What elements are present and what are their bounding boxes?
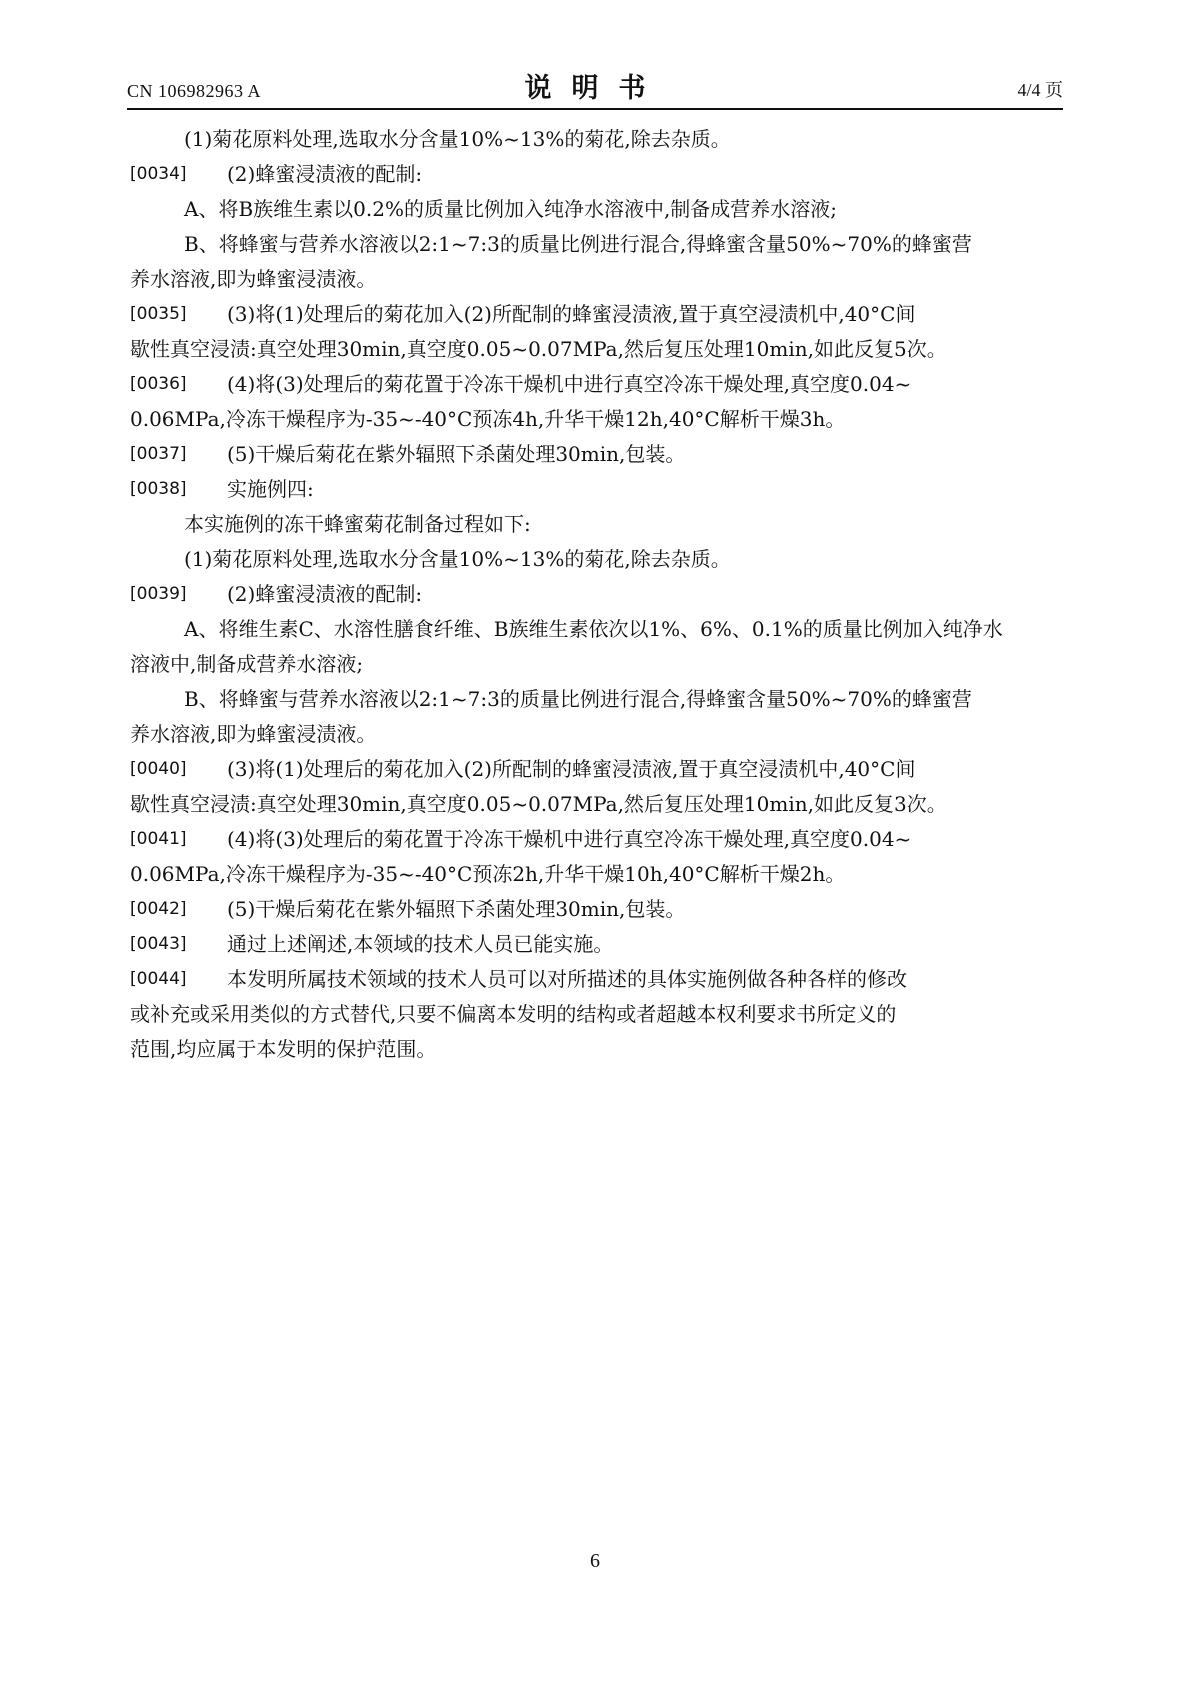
numbered-paragraph-line: [0044]本发明所属技术领域的技术人员可以对所描述的具体实施例做各种各样的修改 — [130, 962, 1063, 997]
line-text: B、将蜂蜜与营养水溶液以2:1~7:3的质量比例进行混合,得蜂蜜含量50%~70… — [130, 227, 1063, 262]
paragraph-number: [0044] — [130, 962, 187, 997]
paragraph-line: A、将维生素C、水溶性膳食纤维、B族维生素依次以1%、6%、0.1%的质量比例加… — [130, 612, 1063, 647]
page-count: 4/4 页 — [1017, 76, 1063, 102]
paragraph-line: A、将B族维生素以0.2%的质量比例加入纯净水溶液中,制备成营养水溶液; — [130, 192, 1063, 227]
paragraph-line: 养水溶液,即为蜂蜜浸渍液。 — [130, 262, 1063, 297]
line-text: (2)蜂蜜浸渍液的配制: — [130, 157, 1063, 192]
paragraph-number: [0034] — [130, 157, 187, 192]
page-number: 6 — [0, 1550, 1190, 1573]
line-text: 本发明所属技术领域的技术人员可以对所描述的具体实施例做各种各样的修改 — [130, 962, 1063, 997]
numbered-paragraph-line: [0036](4)将(3)处理后的菊花置于冷冻干燥机中进行真空冷冻干燥处理,真空… — [130, 367, 1063, 402]
line-text: (5)干燥后菊花在紫外辐照下杀菌处理30min,包装。 — [130, 892, 1063, 927]
line-text: (4)将(3)处理后的菊花置于冷冻干燥机中进行真空冷冻干燥处理,真空度0.04~ — [130, 367, 1063, 402]
paragraph-line: (1)菊花原料处理,选取水分含量10%~13%的菊花,除去杂质。 — [130, 122, 1063, 157]
line-text: 或补充或采用类似的方式替代,只要不偏离本发明的结构或者超越本权利要求书所定义的 — [130, 997, 1063, 1032]
numbered-paragraph-line: [0035](3)将(1)处理后的菊花加入(2)所配制的蜂蜜浸渍液,置于真空浸渍… — [130, 297, 1063, 332]
line-text: (2)蜂蜜浸渍液的配制: — [130, 577, 1063, 612]
paragraph-number: [0037] — [130, 437, 187, 472]
paragraph-line: 歇性真空浸渍:真空处理30min,真空度0.05~0.07MPa,然后复压处理1… — [130, 332, 1063, 367]
paragraph-line: 范围,均应属于本发明的保护范围。 — [130, 1032, 1063, 1067]
paragraph-line: B、将蜂蜜与营养水溶液以2:1~7:3的质量比例进行混合,得蜂蜜含量50%~70… — [130, 227, 1063, 262]
document-title: 说明书 — [127, 66, 1063, 105]
line-text: 0.06MPa,冷冻干燥程序为-35~-40°C预冻2h,升华干燥10h,40°… — [130, 857, 1063, 892]
line-text: (1)菊花原料处理,选取水分含量10%~13%的菊花,除去杂质。 — [130, 542, 1063, 577]
line-text: 0.06MPa,冷冻干燥程序为-35~-40°C预冻4h,升华干燥12h,40°… — [130, 402, 1063, 437]
line-text: 养水溶液,即为蜂蜜浸渍液。 — [130, 262, 1063, 297]
line-text: A、将B族维生素以0.2%的质量比例加入纯净水溶液中,制备成营养水溶液; — [130, 192, 1063, 227]
paragraph-line: B、将蜂蜜与营养水溶液以2:1~7:3的质量比例进行混合,得蜂蜜含量50%~70… — [130, 682, 1063, 717]
paragraph-number: [0043] — [130, 927, 187, 962]
line-text: 溶液中,制备成营养水溶液; — [130, 647, 1063, 682]
header-rule — [127, 108, 1063, 110]
paragraph-number: [0039] — [130, 577, 187, 612]
numbered-paragraph-line: [0037](5)干燥后菊花在紫外辐照下杀菌处理30min,包装。 — [130, 437, 1063, 472]
line-text: 实施例四: — [130, 472, 1063, 507]
paragraph-number: [0035] — [130, 297, 187, 332]
paragraph-number: [0040] — [130, 752, 187, 787]
paragraph-line: 溶液中,制备成营养水溶液; — [130, 647, 1063, 682]
paragraph-line: 0.06MPa,冷冻干燥程序为-35~-40°C预冻2h,升华干燥10h,40°… — [130, 857, 1063, 892]
paragraph-number: [0042] — [130, 892, 187, 927]
line-text: 歇性真空浸渍:真空处理30min,真空度0.05~0.07MPa,然后复压处理1… — [130, 787, 1063, 822]
line-text: 通过上述阐述,本领域的技术人员已能实施。 — [130, 927, 1063, 962]
line-text: (1)菊花原料处理,选取水分含量10%~13%的菊花,除去杂质。 — [130, 122, 1063, 157]
line-text: (4)将(3)处理后的菊花置于冷冻干燥机中进行真空冷冻干燥处理,真空度0.04~ — [130, 822, 1063, 857]
line-text: (5)干燥后菊花在紫外辐照下杀菌处理30min,包装。 — [130, 437, 1063, 472]
paragraph-line: 本实施例的冻干蜂蜜菊花制备过程如下: — [130, 507, 1063, 542]
numbered-paragraph-line: [0040](3)将(1)处理后的菊花加入(2)所配制的蜂蜜浸渍液,置于真空浸渍… — [130, 752, 1063, 787]
paragraph-line: 养水溶液,即为蜂蜜浸渍液。 — [130, 717, 1063, 752]
line-text: 歇性真空浸渍:真空处理30min,真空度0.05~0.07MPa,然后复压处理1… — [130, 332, 1063, 367]
paragraph-line: (1)菊花原料处理,选取水分含量10%~13%的菊花,除去杂质。 — [130, 542, 1063, 577]
paragraph-number: [0038] — [130, 472, 187, 507]
document-body: (1)菊花原料处理,选取水分含量10%~13%的菊花,除去杂质。[0034](2… — [130, 122, 1063, 1067]
paragraph-line: 或补充或采用类似的方式替代,只要不偏离本发明的结构或者超越本权利要求书所定义的 — [130, 997, 1063, 1032]
line-text: 本实施例的冻干蜂蜜菊花制备过程如下: — [130, 507, 1063, 542]
paragraph-line: 0.06MPa,冷冻干燥程序为-35~-40°C预冻4h,升华干燥12h,40°… — [130, 402, 1063, 437]
numbered-paragraph-line: [0038]实施例四: — [130, 472, 1063, 507]
paragraph-number: [0036] — [130, 367, 187, 402]
line-text: B、将蜂蜜与营养水溶液以2:1~7:3的质量比例进行混合,得蜂蜜含量50%~70… — [130, 682, 1063, 717]
paragraph-line: 歇性真空浸渍:真空处理30min,真空度0.05~0.07MPa,然后复压处理1… — [130, 787, 1063, 822]
line-text: (3)将(1)处理后的菊花加入(2)所配制的蜂蜜浸渍液,置于真空浸渍机中,40°… — [130, 297, 1063, 332]
numbered-paragraph-line: [0042](5)干燥后菊花在紫外辐照下杀菌处理30min,包装。 — [130, 892, 1063, 927]
line-text: 养水溶液,即为蜂蜜浸渍液。 — [130, 717, 1063, 752]
page-header: CN 106982963 A 说明书 4/4 页 — [127, 68, 1063, 110]
paragraph-number: [0041] — [130, 822, 187, 857]
line-text: 范围,均应属于本发明的保护范围。 — [130, 1032, 1063, 1067]
numbered-paragraph-line: [0043]通过上述阐述,本领域的技术人员已能实施。 — [130, 927, 1063, 962]
line-text: A、将维生素C、水溶性膳食纤维、B族维生素依次以1%、6%、0.1%的质量比例加… — [130, 612, 1063, 647]
numbered-paragraph-line: [0041](4)将(3)处理后的菊花置于冷冻干燥机中进行真空冷冻干燥处理,真空… — [130, 822, 1063, 857]
line-text: (3)将(1)处理后的菊花加入(2)所配制的蜂蜜浸渍液,置于真空浸渍机中,40°… — [130, 752, 1063, 787]
numbered-paragraph-line: [0039](2)蜂蜜浸渍液的配制: — [130, 577, 1063, 612]
numbered-paragraph-line: [0034](2)蜂蜜浸渍液的配制: — [130, 157, 1063, 192]
